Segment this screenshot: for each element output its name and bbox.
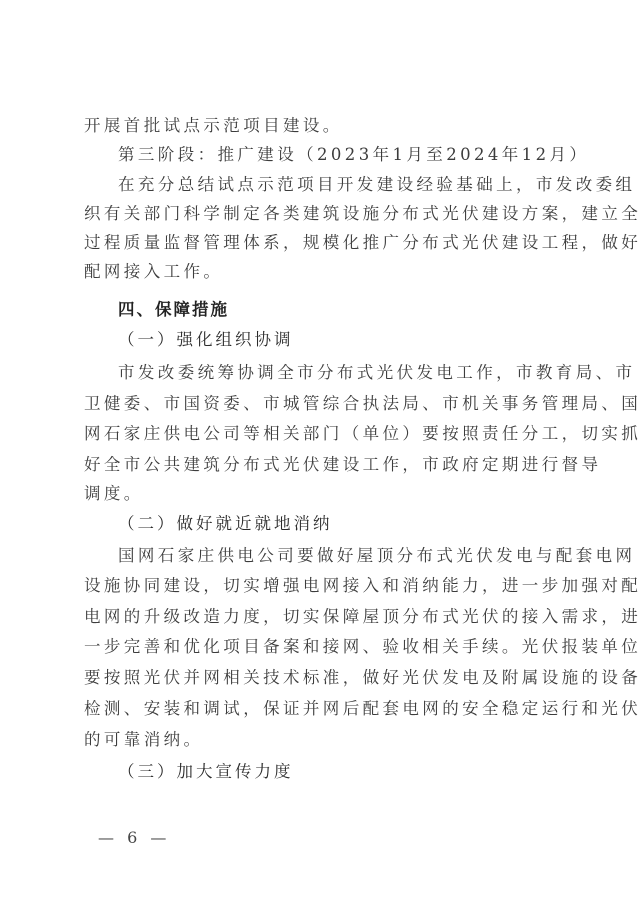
paragraph-line: 检测、安装和调试，保证并网后配套电网的安全稳定运行和光伏: [84, 699, 562, 719]
paragraph-line: 配网接入工作。: [84, 262, 562, 282]
document-page: 开展首批试点示范项目建设。第三阶段：推广建设（2023年1月至2024年12月）…: [0, 0, 641, 906]
paragraph-line: 设施协同建设，切实增强电网接入和消纳能力，进一步加强对配: [84, 576, 562, 596]
paragraph-line: 的可靠消纳。: [84, 730, 562, 750]
paragraph-line: 要按照光伏并网相关技术标准，做好光伏发电及附属设施的设备: [84, 668, 562, 688]
paragraph-line: 第三阶段：推广建设（2023年1月至2024年12月）: [118, 145, 562, 165]
page-number: — 6 —: [98, 828, 170, 847]
paragraph-line: 调度。: [84, 484, 562, 504]
paragraph-line: 一步完善和优化项目备案和接网、验收相关手续。光伏报装单位: [84, 637, 562, 657]
subsection-heading: （一）强化组织协调: [118, 330, 562, 350]
paragraph-line: 在充分总结试点示范项目开发建设经验基础上，市发改委组: [118, 175, 562, 195]
section-heading: 四、保障措施: [118, 300, 562, 320]
paragraph-line: 电网的升级改造力度，切实保障屋顶分布式光伏的接入需求，进: [84, 607, 562, 627]
subsection-heading: （二）做好就近就地消纳: [118, 514, 562, 534]
paragraph-line: 好全市公共建筑分布式光伏建设工作，市政府定期进行督导: [84, 455, 562, 475]
subsection-heading: （三）加大宣传力度: [118, 762, 562, 782]
paragraph-line: 网石家庄供电公司等相关部门（单位）要按照责任分工，切实抓: [84, 424, 562, 444]
paragraph-line: 开展首批试点示范项目建设。: [84, 116, 562, 136]
paragraph-line: 卫健委、市国资委、市城管综合执法局、市机关事务管理局、国: [84, 394, 562, 414]
paragraph-line: 市发改委统筹协调全市分布式光伏发电工作，市教育局、市: [118, 363, 562, 383]
paragraph-line: 过程质量监督管理体系，规模化推广分布式光伏建设工程，做好: [84, 233, 562, 253]
paragraph-line: 国网石家庄供电公司要做好屋顶分布式光伏发电与配套电网: [118, 546, 562, 566]
paragraph-line: 织有关部门科学制定各类建筑设施分布式光伏建设方案，建立全: [84, 204, 562, 224]
